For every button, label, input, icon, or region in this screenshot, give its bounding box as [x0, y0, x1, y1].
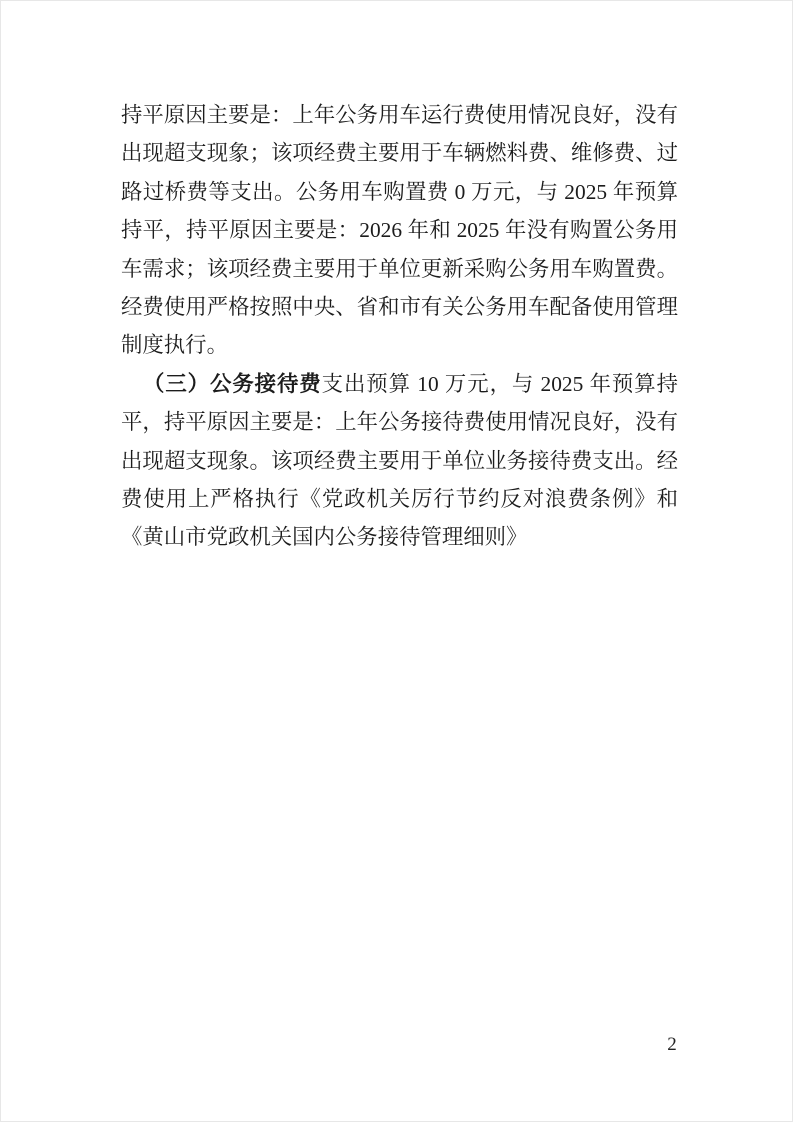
paragraph-lead-bold: （三）公务接待费 — [143, 372, 322, 396]
text-block: 持平原因主要是：上年公务用车运行费使用情况良好，没有出现超支现象；该项经费主要用… — [121, 96, 678, 557]
paragraph-text: 支出预算 10 万元，与 2025 年预算持平，持平原因主要是：上年公务接待费使… — [121, 372, 678, 550]
page-number: 2 — [662, 1034, 682, 1056]
body-paragraph-vehicle-expense: 持平原因主要是：上年公务用车运行费使用情况良好，没有出现超支现象；该项经费主要用… — [121, 96, 678, 365]
paragraph-text: 持平原因主要是：上年公务用车运行费使用情况良好，没有出现超支现象；该项经费主要用… — [121, 103, 678, 357]
body-paragraph-reception-expense: （三）公务接待费支出预算 10 万元，与 2025 年预算持平，持平原因主要是：… — [121, 365, 678, 557]
document-page: 持平原因主要是：上年公务用车运行费使用情况良好，没有出现超支现象；该项经费主要用… — [0, 0, 793, 1122]
